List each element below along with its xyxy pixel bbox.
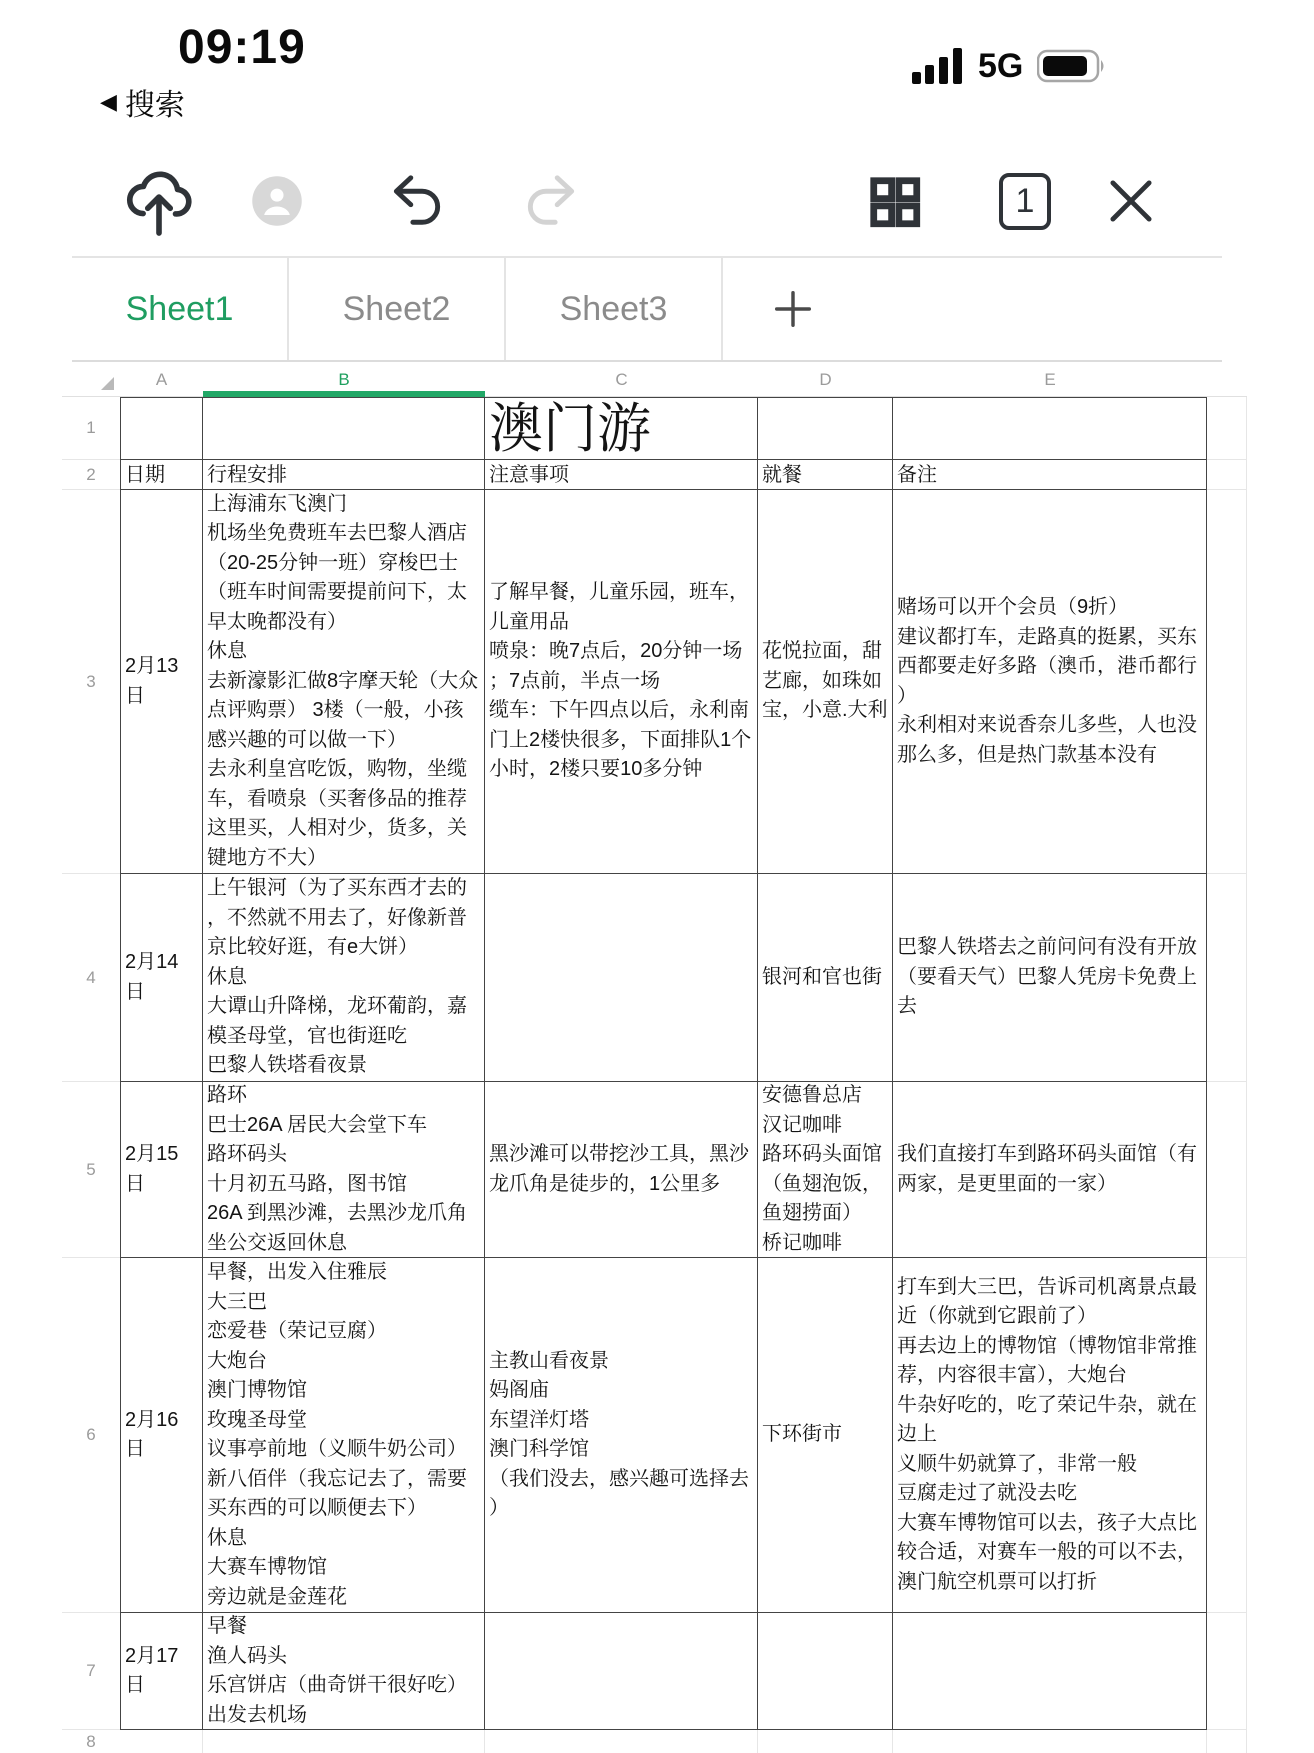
header-plan-label: 行程安排 xyxy=(207,461,480,489)
cell-date-feb14[interactable]: 2月14日 xyxy=(120,874,203,1082)
cell-f1[interactable] xyxy=(1207,397,1247,460)
cell-date-feb15[interactable]: 2月15日 xyxy=(120,1082,203,1258)
undo-button[interactable] xyxy=(386,168,448,230)
column-header-a[interactable]: A xyxy=(120,362,203,397)
dining-value: 安德鲁总店 汉记咖啡 路环码头面馆（鱼翅泡饭，鱼翅捞面） 桥记咖啡 xyxy=(762,1082,888,1258)
row-number-8[interactable]: 8 xyxy=(62,1730,120,1753)
cell-a1[interactable] xyxy=(120,397,203,460)
cell-c1-sheet-title[interactable]: 澳门游 xyxy=(485,397,758,460)
header-date-label: 日期 xyxy=(125,461,198,489)
cell-e8[interactable] xyxy=(893,1730,1207,1753)
tab-sheet2[interactable]: Sheet2 xyxy=(289,258,506,360)
date-value: 2月13日 xyxy=(125,652,198,711)
header-dining-label: 就餐 xyxy=(762,461,888,489)
sheet-tab-bar: Sheet1 Sheet2 Sheet3 xyxy=(72,256,1222,362)
notes-value: 了解早餐，儿童乐园，班车，儿童用品 喷泉：晚7点后，20分钟一场；7点前，半点一… xyxy=(489,578,753,785)
cell-f5[interactable] xyxy=(1207,1082,1247,1258)
date-value: 2月15日 xyxy=(125,1140,198,1199)
remarks-value: 打车到大三巴，告诉司机离景点最近（你就到它跟前了） 再去边上的博物馆（博物馆非常… xyxy=(897,1273,1202,1598)
row-number-5[interactable]: 5 xyxy=(62,1082,120,1258)
plan-value: 早餐 渔人码头 乐宫饼店（曲奇饼干很好吃） 出发去机场 xyxy=(207,1613,480,1730)
plan-value: 上海浦东飞澳门 机场坐免费班车去巴黎人酒店 （20-25分钟一班）穿梭巴士 （班… xyxy=(207,490,480,873)
corner-triangle-icon xyxy=(101,377,114,390)
page-count-label: 1 xyxy=(1016,182,1035,221)
column-header-f-partial[interactable] xyxy=(1207,362,1247,397)
redo-button[interactable] xyxy=(520,168,582,230)
cell-plan-feb15[interactable]: 路环 巴士26A 居民大会堂下车 路环码头 十月初五马路，图书馆 26A 到黑沙… xyxy=(203,1082,485,1258)
cloud-upload-button[interactable] xyxy=(118,162,200,238)
cell-remarks-feb13[interactable]: 赌场可以开个会员（9折） 建议都打车，走路真的挺累，买东西都要走好多路（澳币，港… xyxy=(893,490,1207,874)
cell-dining-feb14[interactable]: 银河和官也街 xyxy=(758,874,893,1082)
date-value: 2月14日 xyxy=(125,948,198,1007)
cell-b1[interactable] xyxy=(203,397,485,460)
notes-value: 主教山看夜景 妈阁庙 东望洋灯塔 澳门科学馆 （我们没去，感兴趣可选择去） xyxy=(489,1347,753,1524)
cell-d8[interactable] xyxy=(758,1730,893,1753)
network-type-label: 5G xyxy=(978,47,1023,86)
grid-view-button[interactable] xyxy=(866,173,924,231)
cell-dining-feb13[interactable]: 花悦拉面，甜艺廊，如珠如宝，小意.大利 xyxy=(758,490,893,874)
cell-dining-feb15[interactable]: 安德鲁总店 汉记咖啡 路环码头面馆（鱼翅泡饭，鱼翅捞面） 桥记咖啡 xyxy=(758,1082,893,1258)
date-value: 2月16日 xyxy=(125,1406,198,1465)
row-number-2[interactable]: 2 xyxy=(62,460,120,490)
cell-f8[interactable] xyxy=(1207,1730,1247,1753)
cell-date-feb16[interactable]: 2月16日 xyxy=(120,1258,203,1613)
cell-notes-feb16[interactable]: 主教山看夜景 妈阁庙 东望洋灯塔 澳门科学馆 （我们没去，感兴趣可选择去） xyxy=(485,1258,758,1613)
column-header-e[interactable]: E xyxy=(893,362,1207,397)
cell-plan-feb16[interactable]: 早餐，出发入住雅辰 大三巴 恋爱巷（荣记豆腐） 大炮台 澳门博物馆 玫瑰圣母堂 … xyxy=(203,1258,485,1613)
cell-dining-feb17[interactable] xyxy=(758,1613,893,1730)
cell-f3[interactable] xyxy=(1207,490,1247,874)
header-dining[interactable]: 就餐 xyxy=(758,460,893,490)
remarks-value: 赌场可以开个会员（9折） 建议都打车，走路真的挺累，买东西都要走好多路（澳币，港… xyxy=(897,593,1202,770)
cell-f2[interactable] xyxy=(1207,460,1247,490)
back-to-search-button[interactable]: ◀ 搜索 xyxy=(100,80,185,124)
header-remarks-label: 备注 xyxy=(897,461,1202,489)
cell-remarks-feb16[interactable]: 打车到大三巴，告诉司机离景点最近（你就到它跟前了） 再去边上的博物馆（博物馆非常… xyxy=(893,1258,1207,1613)
notes-value: 黑沙滩可以带挖沙工具，黑沙龙爪角是徒步的，1公里多 xyxy=(489,1140,753,1199)
header-remarks[interactable]: 备注 xyxy=(893,460,1207,490)
plan-value: 上午银河（为了买东西才去的，不然就不用去了，好像新普京比较好逛，有e大饼） 休息… xyxy=(207,874,480,1081)
cell-a8[interactable] xyxy=(120,1730,203,1753)
status-right-cluster: 5G xyxy=(912,46,1109,86)
signal-strength-icon xyxy=(912,46,964,86)
row-number-1[interactable]: 1 xyxy=(62,397,120,460)
selected-column-indicator xyxy=(203,391,485,397)
remarks-value: 我们直接打车到路环码头面馆（有两家，是更里面的一家） xyxy=(897,1140,1202,1199)
cell-notes-feb15[interactable]: 黑沙滩可以带挖沙工具，黑沙龙爪角是徒步的，1公里多 xyxy=(485,1082,758,1258)
plan-value: 早餐，出发入住雅辰 大三巴 恋爱巷（荣记豆腐） 大炮台 澳门博物馆 玫瑰圣母堂 … xyxy=(207,1258,480,1612)
select-all-corner[interactable] xyxy=(62,362,120,397)
remarks-value: 巴黎人铁塔去之前问问有没有开放（要看天气）巴黎人凭房卡免费上去 xyxy=(897,933,1202,1022)
cell-plan-feb13[interactable]: 上海浦东飞澳门 机场坐免费班车去巴黎人酒店 （20-25分钟一班）穿梭巴士 （班… xyxy=(203,490,485,874)
cell-date-feb13[interactable]: 2月13日 xyxy=(120,490,203,874)
row-number-3[interactable]: 3 xyxy=(62,490,120,874)
cell-b8[interactable] xyxy=(203,1730,485,1753)
column-header-b-label: B xyxy=(338,371,349,388)
cell-e1[interactable] xyxy=(893,397,1207,460)
cell-plan-feb14[interactable]: 上午银河（为了买东西才去的，不然就不用去了，好像新普京比较好逛，有e大饼） 休息… xyxy=(203,874,485,1082)
cell-c8[interactable] xyxy=(485,1730,758,1753)
date-value: 2月17日 xyxy=(125,1642,198,1701)
add-sheet-button[interactable] xyxy=(723,258,863,360)
sheet-title: 澳门游 xyxy=(489,399,753,459)
header-date[interactable]: 日期 xyxy=(120,460,203,490)
spreadsheet-grid: A B C D E 1 澳门游 2 日期 行程安排 注意事项 就餐 备注 3 2… xyxy=(62,362,1247,1753)
plus-icon xyxy=(770,286,816,332)
dining-value: 银河和官也街 xyxy=(762,963,888,993)
dining-value: 花悦拉面，甜艺廊，如珠如宝，小意.大利 xyxy=(762,637,888,726)
close-button[interactable] xyxy=(1102,172,1160,230)
cell-plan-feb17[interactable]: 早餐 渔人码头 乐宫饼店（曲奇饼干很好吃） 出发去机场 xyxy=(203,1613,485,1730)
back-arrow-icon: ◀ xyxy=(100,87,117,117)
column-header-d[interactable]: D xyxy=(758,362,893,397)
row-number-6[interactable]: 6 xyxy=(62,1258,120,1613)
cell-f7[interactable] xyxy=(1207,1613,1247,1730)
cell-remarks-feb15[interactable]: 我们直接打车到路环码头面馆（有两家，是更里面的一家） xyxy=(893,1082,1207,1258)
plan-value: 路环 巴士26A 居民大会堂下车 路环码头 十月初五马路，图书馆 26A 到黑沙… xyxy=(207,1082,480,1258)
header-plan[interactable]: 行程安排 xyxy=(203,460,485,490)
battery-icon xyxy=(1037,48,1109,84)
cell-notes-feb17[interactable] xyxy=(485,1613,758,1730)
page-count-button[interactable]: 1 xyxy=(999,173,1051,230)
dining-value: 下环街市 xyxy=(762,1420,888,1450)
column-header-b[interactable]: B xyxy=(203,362,485,397)
back-label: 搜索 xyxy=(125,80,185,124)
cell-date-feb17[interactable]: 2月17日 xyxy=(120,1613,203,1730)
account-avatar-button[interactable] xyxy=(250,174,304,228)
cell-f4[interactable] xyxy=(1207,874,1247,1082)
cell-d1[interactable] xyxy=(758,397,893,460)
cell-notes-feb13[interactable]: 了解早餐，儿童乐园，班车，儿童用品 喷泉：晚7点后，20分钟一场；7点前，半点一… xyxy=(485,490,758,874)
cell-f6[interactable] xyxy=(1207,1258,1247,1613)
tab-sheet3[interactable]: Sheet3 xyxy=(506,258,723,360)
cell-remarks-feb14[interactable]: 巴黎人铁塔去之前问问有没有开放（要看天气）巴黎人凭房卡免费上去 xyxy=(893,874,1207,1082)
header-notes-label: 注意事项 xyxy=(489,461,753,489)
tab-sheet1[interactable]: Sheet1 xyxy=(72,258,289,360)
row-number-4[interactable]: 4 xyxy=(62,874,120,1082)
cell-notes-feb14[interactable] xyxy=(485,874,758,1082)
status-time: 09:19 xyxy=(178,20,306,75)
column-header-c[interactable]: C xyxy=(485,362,758,397)
cell-dining-feb16[interactable]: 下环街市 xyxy=(758,1258,893,1613)
row-number-7[interactable]: 7 xyxy=(62,1613,120,1730)
header-notes[interactable]: 注意事项 xyxy=(485,460,758,490)
cell-remarks-feb17[interactable] xyxy=(893,1613,1207,1730)
